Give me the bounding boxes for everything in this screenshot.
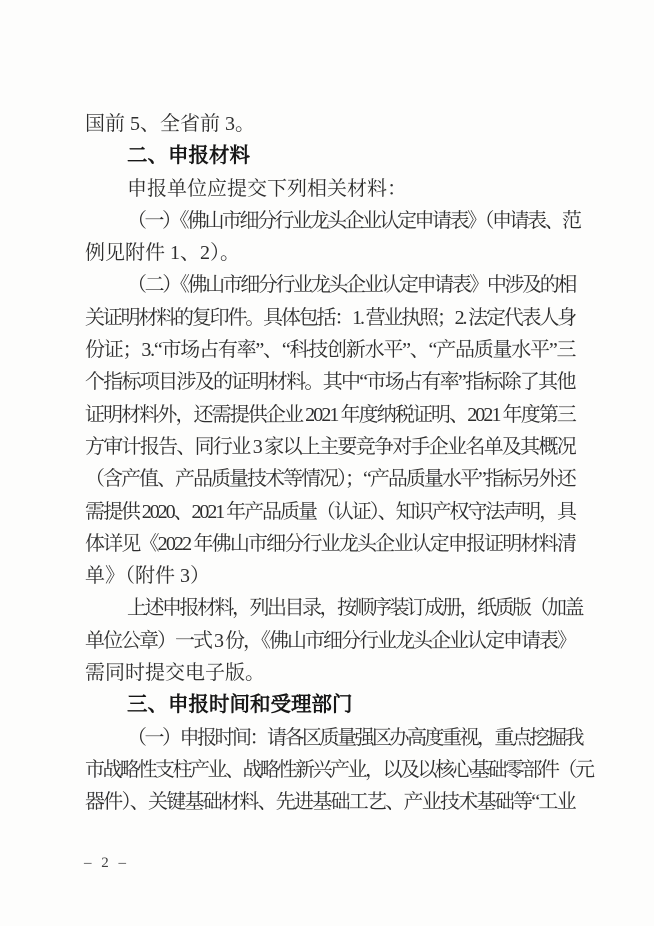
text-line: 例见附件 1、2）。 <box>85 237 575 269</box>
text-line: 方审计报告、同行业 3 家以上主要竞争对手企业名单及其概况 <box>85 431 575 463</box>
text-line: 单位公章）一式 3 份，《佛山市细分行业龙头企业认定申请表》 <box>85 625 575 657</box>
text-line: 器件）、关键基础材料、先进基础工艺、产业技术基础等“工业 <box>85 786 575 818</box>
text-line: 需提供 2020、2021 年产品质量（认证）、知识产权守法声明，具 <box>85 496 575 528</box>
text-line: （含产值、产品质量技术等情况）；“产品质量水平”指标另外还 <box>85 463 575 495</box>
document-body: 国前 5、全省前 3。 二、申报材料 申报单位应提交下列相关材料： （一）《佛山… <box>85 108 575 819</box>
text-line: （二）《佛山市细分行业龙头企业认定申请表》中涉及的相 <box>85 269 575 301</box>
page-number: – 2 – <box>84 855 129 872</box>
text-line: 关证明材料的复印件。具体包括：1. 营业执照；2. 法定代表人身 <box>85 302 575 334</box>
section-heading-3: 三、申报时间和受理部门 <box>85 689 575 721</box>
text-line: 证明材料外，还需提供企业 2021 年度纳税证明、2021 年度第三 <box>85 399 575 431</box>
text-line: 单》（附件 3） <box>85 560 575 592</box>
text-line: 国前 5、全省前 3。 <box>85 108 575 140</box>
text-line: 需同时提交电子版。 <box>85 657 575 689</box>
text-line: 上述申报材料，列出目录，按顺序装订成册，纸质版（加盖 <box>85 592 575 624</box>
text-line: 体详见《2022 年佛山市细分行业龙头企业认定申报证明材料清 <box>85 528 575 560</box>
text-line: 申报单位应提交下列相关材料： <box>85 173 575 205</box>
text-line: 份证；3.“市场占有率”、“科技创新水平”、“产品质量水平”三 <box>85 334 575 366</box>
text-line: 个指标项目涉及的证明材料。其中“市场占有率”指标除了其他 <box>85 366 575 398</box>
section-heading-2: 二、申报材料 <box>85 140 575 172</box>
text-line: 市战略性支柱产业、战略性新兴产业，以及以核心基础零部件（元 <box>85 754 575 786</box>
text-line: （一）《佛山市细分行业龙头企业认定申请表》（申请表、范 <box>85 205 575 237</box>
text-line: （一）申报时间：请各区质量强区办高度重视，重点挖掘我 <box>85 722 575 754</box>
document-page: 国前 5、全省前 3。 二、申报材料 申报单位应提交下列相关材料： （一）《佛山… <box>0 0 654 926</box>
